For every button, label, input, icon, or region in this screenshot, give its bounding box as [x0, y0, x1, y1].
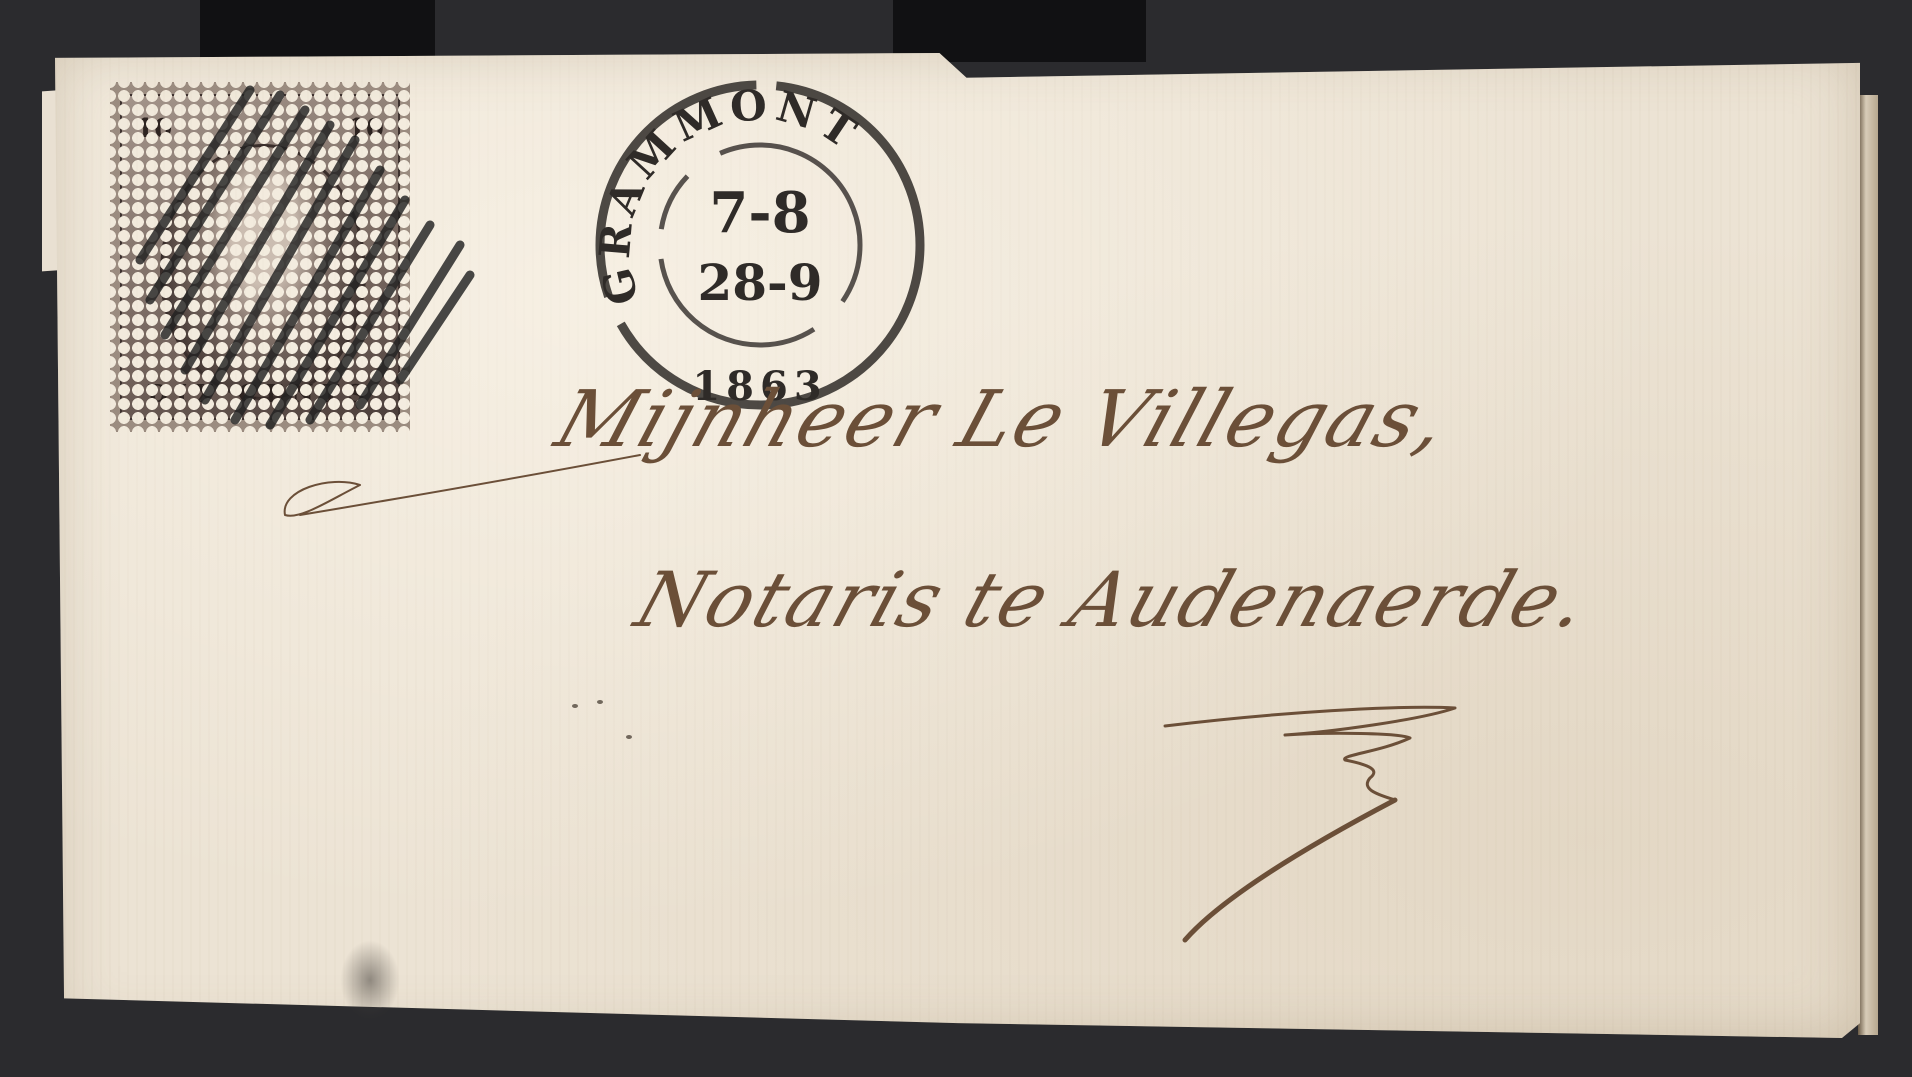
postage-stamp: 10 10 DIX CENTS: [110, 82, 410, 432]
stamp-value-right: 10: [348, 114, 384, 144]
envelope-edge-fold: [1858, 95, 1878, 1035]
ink-smudge: [340, 940, 400, 1020]
stamp-frame: 10 10 DIX CENTS: [120, 94, 400, 420]
stamp-portrait: [160, 144, 366, 400]
backdrop-strip: [200, 0, 435, 60]
address-line-destination: Notaris te Audenaerde.: [626, 555, 1601, 644]
ink-speck: [597, 700, 603, 704]
address-line-recipient: Mijnheer Le Villegas,: [545, 375, 1460, 465]
stamp-value-left: 10: [136, 114, 172, 144]
ink-speck: [626, 735, 632, 739]
stamp-caption: DIX CENTS: [122, 379, 398, 408]
backdrop-strip: [893, 0, 1146, 62]
ink-speck: [572, 704, 578, 708]
